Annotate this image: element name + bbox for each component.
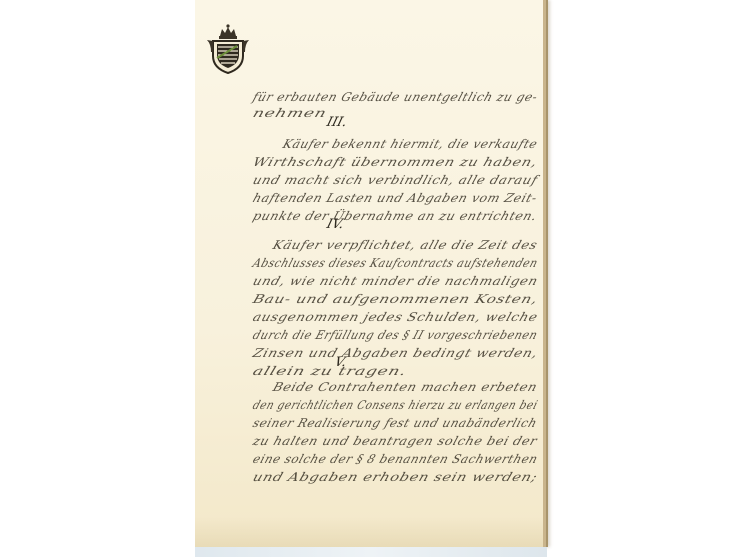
text-line: punkte der Übernahme an zu entrichten. (251, 209, 539, 223)
text-line: und Abgaben erhoben sein werden; (251, 470, 540, 484)
text-line: Beide Contrahenten machen erbeten (271, 380, 539, 394)
coat-of-arms-icon (203, 22, 253, 76)
text-line: eine solche der § 8 benannten Sachwerthe… (251, 452, 540, 466)
text-line: Wirthschaft übernommen zu haben, (251, 155, 540, 169)
text-line: Abschlusses dieses Kaufcontracts aufsteh… (251, 256, 540, 270)
scan-background-strip (195, 547, 547, 557)
text-line: Käufer verpflichtet, alle die Zeit des (271, 238, 540, 252)
text-line: und macht sich verbindlich, alle darauf (251, 173, 540, 187)
text-line: Bau- und aufgenommenen Kosten, (251, 292, 540, 306)
text-line: allein zu tragen. (251, 364, 409, 378)
section-heading: IV. (325, 217, 345, 232)
text-line: Käufer bekennt hiermit, die verkaufte (281, 137, 540, 151)
text-line: den gerichtlichen Consens hierzu zu erla… (251, 398, 540, 412)
text-line: nehmen (251, 106, 329, 120)
manuscript-page: für erbauten Gebäude unentgeltlich zu ge… (195, 0, 546, 547)
text-line: Zinsen und Abgaben bedingt werden, (251, 346, 540, 360)
text-line: zu halten und beantragen solche bei der (251, 434, 539, 448)
text-line: haftenden Lasten und Abgaben vom Zeit- (251, 191, 539, 205)
section-heading: III. (325, 115, 349, 130)
text-line: durch die Erfüllung des § II vorgeschrie… (251, 328, 540, 342)
text-line: seiner Realisierung fest und unabänderli… (251, 416, 539, 430)
text-line: ausgenommen jedes Schulden, welche (251, 310, 540, 324)
text-line: und, wie nicht minder die nachmaligen (251, 274, 540, 288)
text-line: für erbauten Gebäude unentgeltlich zu ge… (251, 90, 540, 104)
